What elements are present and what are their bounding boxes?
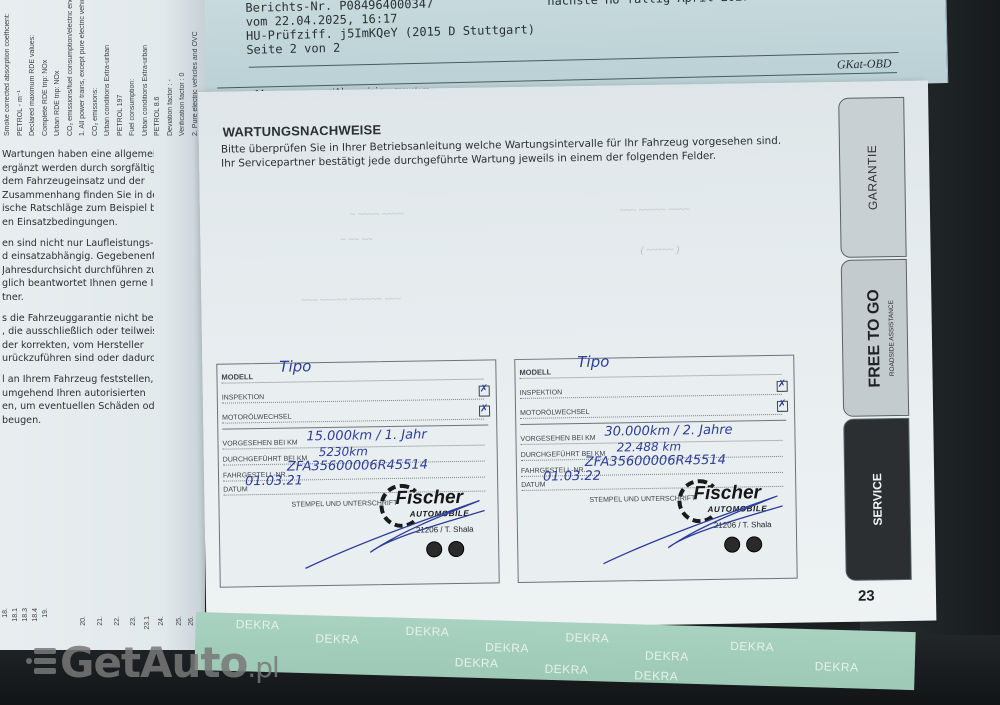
spec-line: 1. All power trains, except pure electri… (79, 4, 86, 136)
tab-label: GARANTIE (865, 145, 880, 211)
watermark-suffix: .pl (247, 651, 278, 684)
spec-line: CO₂ emissions: (92, 4, 99, 136)
index-number: 26. (188, 616, 195, 626)
handwritten-performed: 5230km (319, 444, 368, 459)
spec-line: PETROL 197 (117, 4, 124, 136)
spec-line: CO₂ emissions/fuel consumption/electric … (67, 4, 74, 136)
index-number: 20. (80, 616, 87, 626)
getauto-logo-icon (26, 648, 56, 676)
spec-line: Urban conditions Extra-urban (104, 4, 111, 136)
tab-sublabel: ROADSIDE ASSISTANCE (887, 300, 895, 376)
dekra-label: DEKRA (815, 659, 859, 674)
maintenance-record-card: MODELLINSPEKTIONMOTORÖLWECHSELVORGESEHEN… (514, 355, 797, 583)
dekra-label: DEKRA (405, 624, 449, 639)
index-number: 24. (158, 616, 165, 626)
spec-line: Urban conditions Extra-urban (142, 4, 149, 136)
handwritten-model: Tipo (279, 357, 311, 376)
oil-change-checkbox[interactable] (479, 405, 490, 416)
handwritten-planned: 15.000km / 1. Jahr (306, 427, 426, 444)
watermark-text: GetAuto (60, 638, 247, 687)
watermark: GetAuto.pl (60, 638, 279, 687)
spec-line: Verification factor : 0 (179, 4, 186, 136)
index-number: 18.4 (32, 608, 39, 622)
spec-line: Smoke corrected absorption coefficient: (4, 4, 11, 136)
field-label: MODELL (221, 372, 253, 381)
tab-label: SERVICE (870, 473, 885, 526)
field-label: MODELL (519, 367, 551, 376)
dekra-label: DEKRA (315, 631, 359, 646)
field-label: MOTORÖLWECHSEL (222, 414, 291, 422)
spec-line: Complete RDE trip: NOx (42, 4, 49, 136)
dekra-label: DEKRA (645, 649, 689, 664)
handwritten-date: 01.03.21 (245, 473, 303, 489)
handwritten-date: 01.03.22 (543, 469, 601, 485)
left-index-numbers: 18.18.118.318.419.20.21.22.23.23.124.25.… (0, 608, 205, 638)
index-number: 21. (97, 616, 104, 626)
index-number: 18.1 (12, 608, 19, 622)
form-row: MOTORÖLWECHSEL (222, 407, 484, 424)
section-label: GKat-OBD (837, 56, 892, 72)
dekra-label: DEKRA (455, 655, 499, 670)
field-label: DATUM (521, 482, 545, 489)
tab-label: FREE TO GO (865, 289, 885, 388)
index-number: 22. (114, 616, 121, 626)
dekra-label: DEKRA (485, 640, 529, 655)
inspection-checkbox[interactable] (479, 385, 490, 396)
divider (249, 52, 899, 68)
dekra-label: DEKRA (730, 639, 774, 654)
next-inspection: nächste HU fällig April 2027 (547, 0, 750, 8)
spec-line: PETROL 8.6 (154, 4, 161, 136)
intro-text: Bitte überprüfen Sie in Ihrer Betriebsan… (221, 134, 782, 171)
maintenance-record-card: MODELLINSPEKTIONMOTORÖLWECHSELVORGESEHEN… (216, 359, 499, 587)
page-title: WARTUNGSNACHWEISE (223, 122, 382, 139)
field-label: DATUM (223, 486, 247, 493)
tab-service[interactable]: SERVICE (843, 418, 912, 581)
paragraph: s die Fahrzeuggarantie nicht bei, die au… (2, 312, 154, 366)
form-row: MOTORÖLWECHSEL (520, 402, 782, 419)
dekra-label: DEKRA (235, 617, 279, 632)
booklet-left-page: Smoke corrected absorption coefficient:P… (0, 0, 205, 650)
handwritten-planned: 30.000km / 2. Jahre (604, 423, 732, 440)
form-row: INSPEKTION (222, 387, 484, 404)
field-label: INSPEKTION (222, 394, 265, 402)
paragraph: en sind nicht nur Laufleistungs-,d einsa… (2, 237, 154, 305)
page-number: 23 (858, 587, 875, 604)
booklet-right-page: WARTUNGSNACHWEISE Bitte überprüfen Sie i… (198, 81, 936, 632)
spec-columns: Smoke corrected absorption coefficient:P… (0, 0, 205, 140)
index-number: 23. (130, 616, 137, 626)
index-number: 23.1 (144, 616, 151, 630)
handwritten-performed: 22.488 km (617, 439, 682, 454)
section-tabs: GARANTIE FREE TO GO ROADSIDE ASSISTANCE … (838, 97, 926, 598)
index-number: 18.3 (22, 608, 29, 622)
inspection-checkbox[interactable] (777, 381, 788, 392)
form-row: INSPEKTION (520, 382, 782, 399)
dekra-label: DEKRA (544, 662, 588, 677)
dekra-label: DEKRA (565, 630, 609, 645)
tab-garantie[interactable]: GARANTIE (838, 97, 907, 258)
index-number: 19. (42, 608, 49, 618)
paragraph: Wartungen haben eine allgemeineergänzt w… (2, 148, 154, 230)
index-number: 25. (176, 616, 183, 626)
spec-line: Deviation factor : - (167, 4, 174, 136)
index-number: 18. (2, 608, 9, 618)
form-row: MODELL (519, 362, 781, 379)
spec-line: Fuel consumption: (129, 4, 136, 136)
tab-free-to-go[interactable]: FREE TO GO ROADSIDE ASSISTANCE (841, 259, 909, 417)
spec-line: Declared maximum RDE values: (29, 4, 36, 136)
spec-line: PETROL - m⁻¹ (17, 4, 25, 136)
left-body-text: Wartungen haben eine allgemeineergänzt w… (2, 148, 154, 434)
field-label: VORGESEHEN BEI KM (222, 439, 297, 447)
paragraph: l an Ihrem Fahrzeug feststellen,umgehend… (2, 373, 154, 427)
spec-line: Urban RDE trip: NOx (54, 4, 61, 136)
oil-change-checkbox[interactable] (777, 401, 788, 412)
signature (597, 476, 788, 569)
form-row: MODELL (221, 367, 483, 384)
handwritten-model: Tipo (577, 353, 609, 372)
report-page: Seite 2 von 2 (246, 41, 340, 57)
field-label: INSPEKTION (520, 389, 563, 397)
handwritten-vin: ZFA35600006R45514 (287, 457, 428, 474)
handwritten-vin: ZFA35600006R45514 (585, 453, 726, 470)
dekra-label: DEKRA (634, 668, 678, 683)
field-label: MOTORÖLWECHSEL (520, 409, 589, 417)
field-label: VORGESEHEN BEI KM (520, 435, 595, 443)
signature (299, 480, 490, 573)
